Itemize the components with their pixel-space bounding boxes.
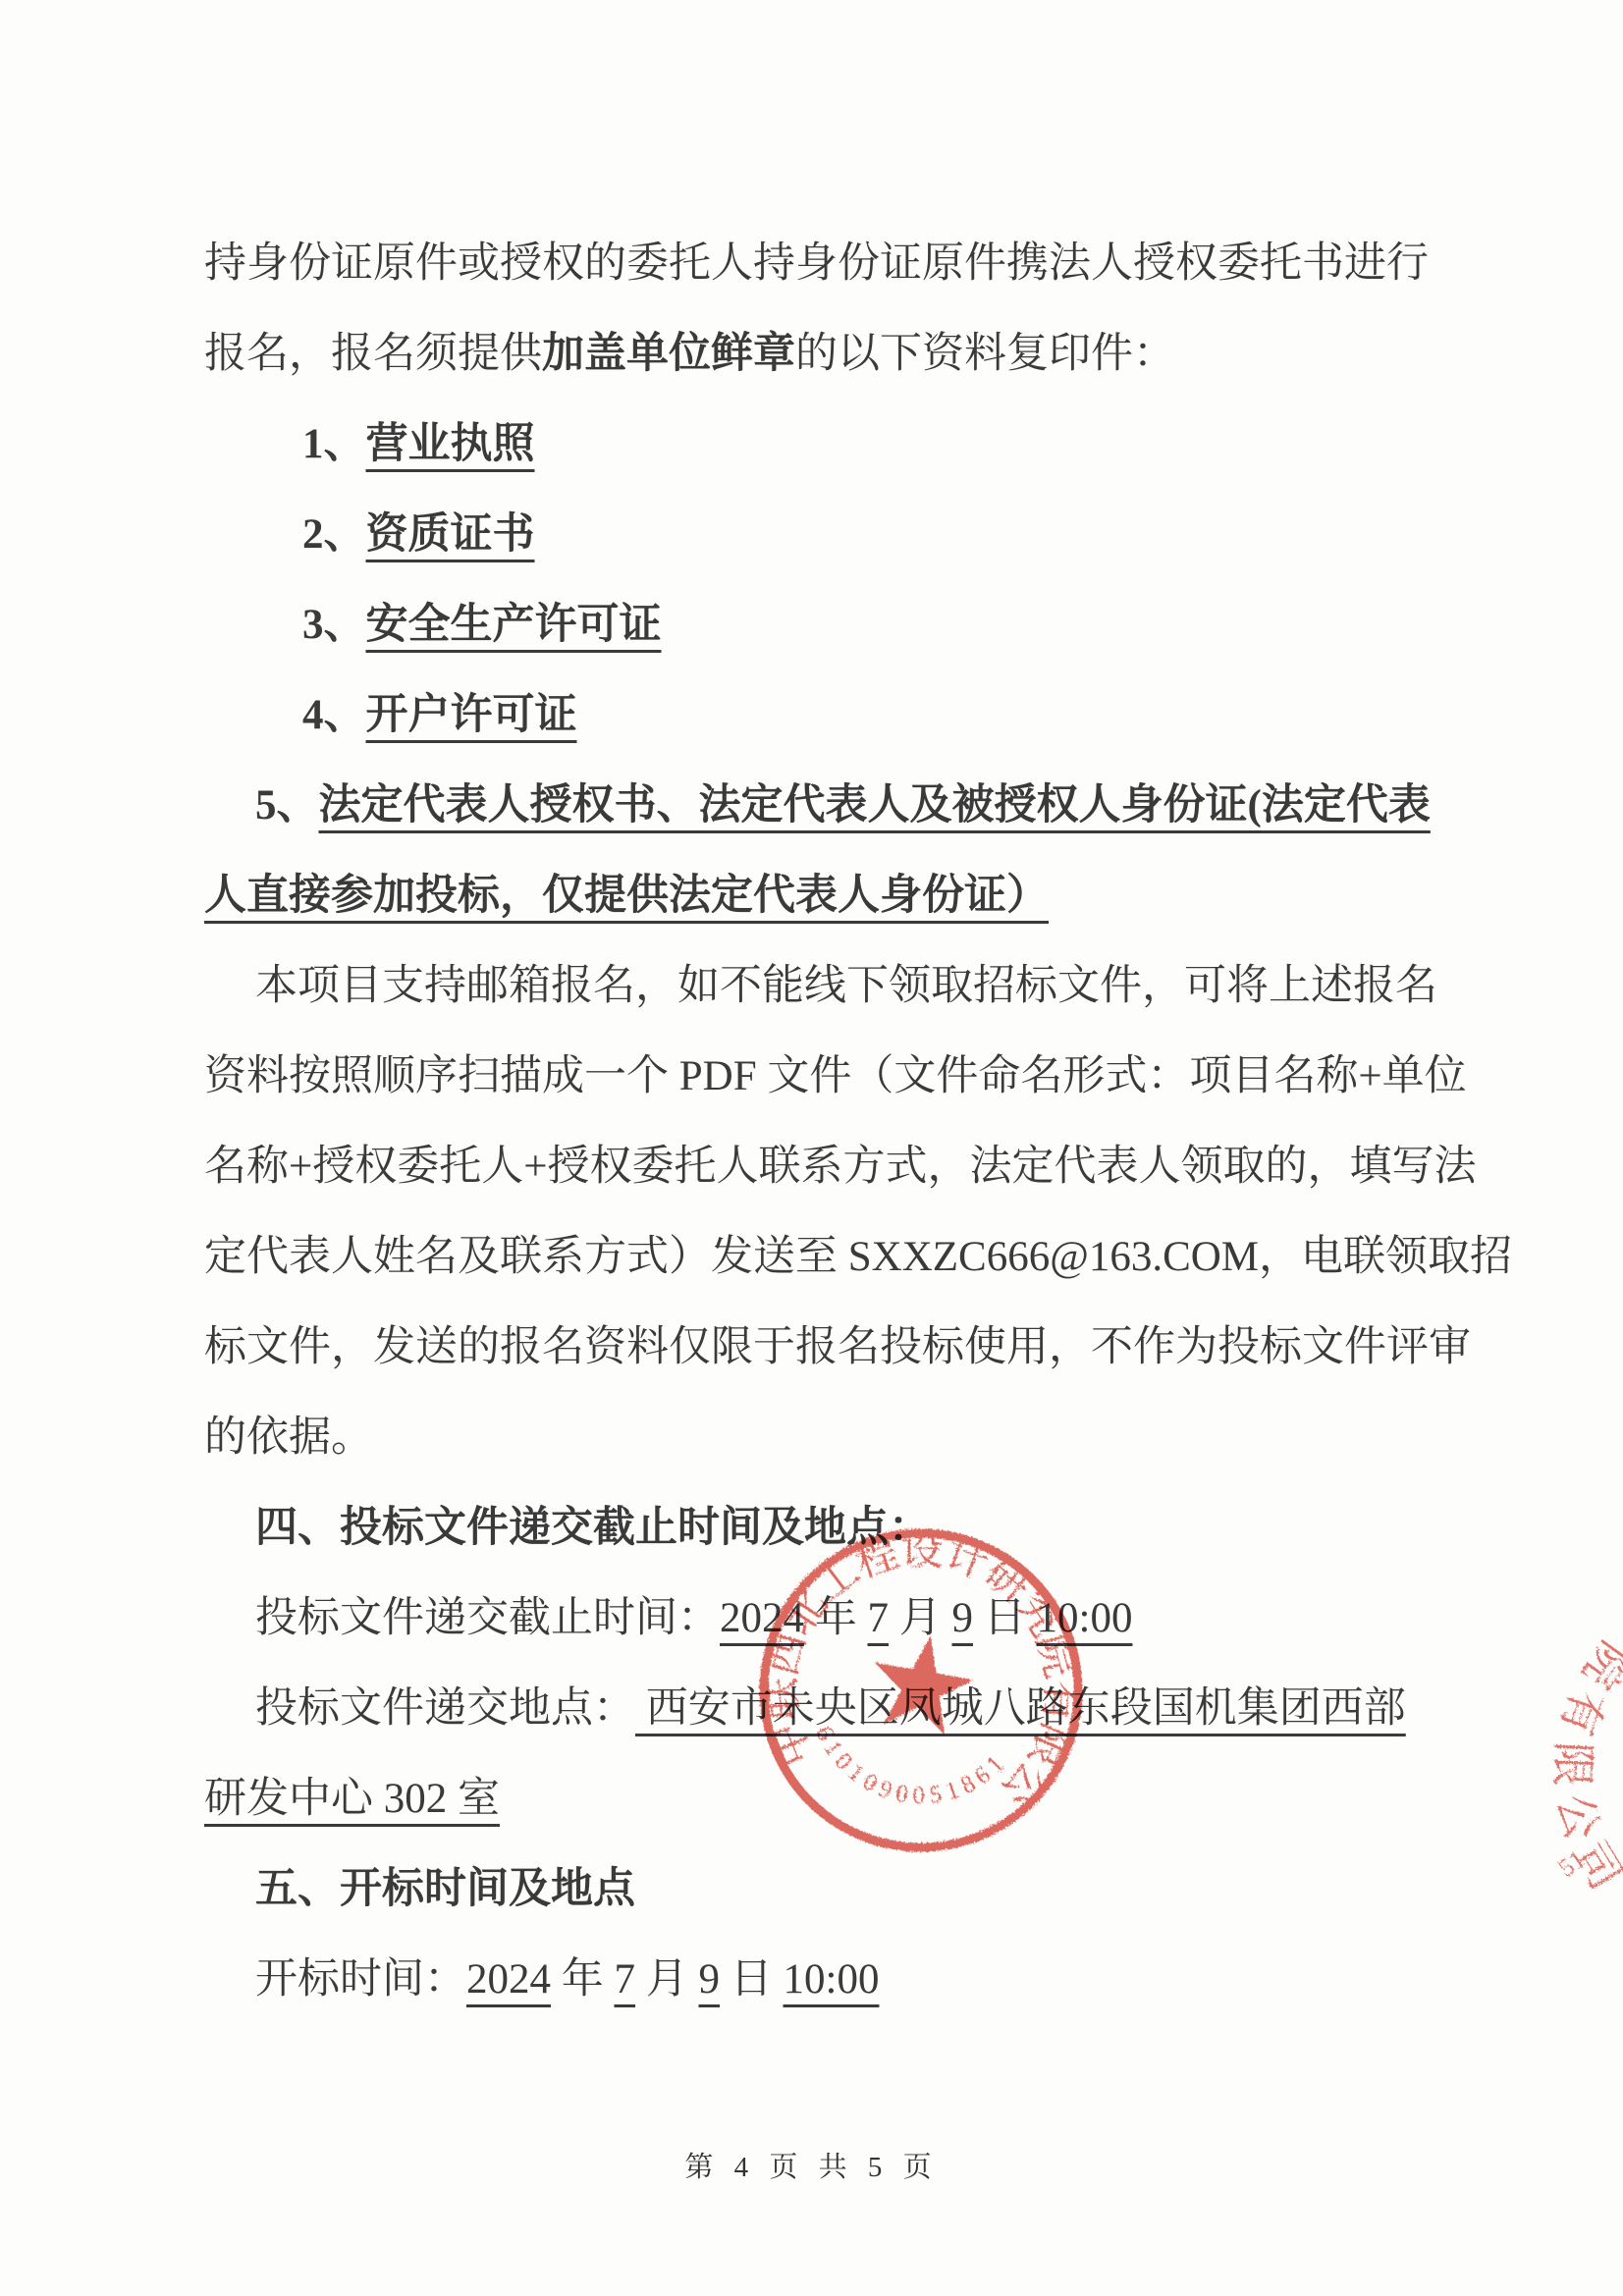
p1l2-pre: 报名，报名须提供 [204, 331, 542, 377]
scanned-document-page: 持身份证原件或授权的委托人持身份证原件携法人授权委托书进行 报名，报名须提供加盖… [0, 0, 1623, 2296]
paragraph1-line2: 报名，报名须提供加盖单位鲜章的以下资料复印件： [204, 309, 1443, 400]
location-value-line2: 研发中心 302 室 [204, 1776, 500, 1822]
p1l2-post: 的以下资料复印件： [795, 331, 1175, 377]
paragraph2-line1: 本项目支持邮箱报名，如不能线下领取招标文件，可将上述报名 [204, 941, 1443, 1032]
paragraph2-line4-email: 定代表人姓名及联系方式）发送至 SXXZC666@163.COM，电联领取招 [204, 1212, 1443, 1303]
open-time-time: 10:00 [784, 1956, 880, 2002]
list-item-2: 2、资质证书 [204, 490, 1443, 580]
list-item-4: 4、开户许可证 [204, 670, 1443, 761]
paragraph2-line3: 名称+授权委托人+授权委托人联系方式，法定代表人领取的，填写法 [204, 1122, 1443, 1212]
item3-number: 3、 [302, 602, 366, 648]
section-heading-5: 五、开标时间及地点 [204, 1844, 1443, 1935]
open-time-sep1: 年 [551, 1956, 615, 2002]
section-heading-4: 四、投标文件递交截止时间及地点： [204, 1483, 1443, 1574]
deadline-time: 10:00 [1037, 1595, 1133, 1641]
item5-text: 法定代表人授权书、法定代表人及被授权人身份证(法定代表 [319, 782, 1431, 828]
open-time-label: 开标时间： [255, 1956, 466, 2002]
p1l2-bold-seal-note: 加盖单位鲜章 [542, 331, 795, 377]
deadline-label: 投标文件递交截止时间： [255, 1595, 720, 1641]
item5-number: 5、 [255, 782, 319, 828]
location-line2: 研发中心 302 室 [204, 1754, 1443, 1844]
item2-number: 2、 [302, 511, 366, 558]
list-item-5: 5、法定代表人授权书、法定代表人及被授权人身份证(法定代表 [204, 761, 1443, 851]
open-time-sep2: 月 [635, 1956, 699, 2002]
edge-partial-seal-stamp: 院有限公司 51 [1453, 1551, 1623, 1963]
item1-number: 1、 [302, 421, 366, 467]
location-line1: 投标文件递交地点： 西安市未央区凤城八路东段国机集团西部 [204, 1664, 1443, 1754]
item4-number: 4、 [302, 692, 366, 738]
item3-text: 安全生产许可证 [366, 602, 662, 648]
deadline-sep2: 月 [889, 1595, 952, 1641]
open-time-line: 开标时间：2024 年 7 月 9 日 10:00 [204, 1935, 1443, 2025]
list-item-5-continuation: 人直接参加投标，仅提供法定代表人身份证） [204, 851, 1443, 941]
deadline-day: 9 [952, 1595, 974, 1641]
item4-text: 开户许可证 [366, 692, 577, 738]
deadline-line: 投标文件递交截止时间：2024 年 7 月 9 日 10:00 [204, 1574, 1443, 1664]
open-time-day: 9 [699, 1956, 721, 2002]
paragraph2-line6: 的依据。 [204, 1393, 1443, 1483]
item5-text-cont: 人直接参加投标，仅提供法定代表人身份证） [204, 873, 1049, 919]
paragraph2-line2: 资料按照顺序扫描成一个 PDF 文件（文件命名形式：项目名称+单位 [204, 1032, 1443, 1122]
item1-text: 营业执照 [366, 421, 535, 467]
page-number-footer: 第 4 页 共 5 页 [0, 2145, 1623, 2185]
edge-seal-serial-fragment: 51 [1553, 1844, 1591, 1883]
list-item-3: 3、安全生产许可证 [204, 580, 1443, 670]
location-label: 投标文件递交地点： [255, 1685, 635, 1732]
deadline-year: 2024 [720, 1595, 804, 1641]
deadline-sep1: 年 [804, 1595, 868, 1641]
open-time-sep3: 日 [720, 1956, 784, 2002]
open-time-year: 2024 [466, 1956, 551, 2002]
edge-seal-arc-text: 院有限公司 [1546, 1632, 1623, 1897]
list-item-1: 1、营业执照 [204, 400, 1443, 490]
paragraph2-line5: 标文件，发送的报名资料仅限于报名投标使用，不作为投标文件评审 [204, 1303, 1443, 1393]
deadline-month: 7 [868, 1595, 890, 1641]
item2-text: 资质证书 [366, 511, 535, 558]
location-value-line1: 西安市未央区凤城八路东段国机集团西部 [635, 1685, 1406, 1732]
deadline-sep3: 日 [973, 1595, 1037, 1641]
open-time-month: 7 [615, 1956, 636, 2002]
document-body: 持身份证原件或授权的委托人持身份证原件携法人授权委托书进行 报名，报名须提供加盖… [204, 219, 1443, 2025]
paragraph1-line1: 持身份证原件或授权的委托人持身份证原件携法人授权委托书进行 [204, 219, 1443, 309]
